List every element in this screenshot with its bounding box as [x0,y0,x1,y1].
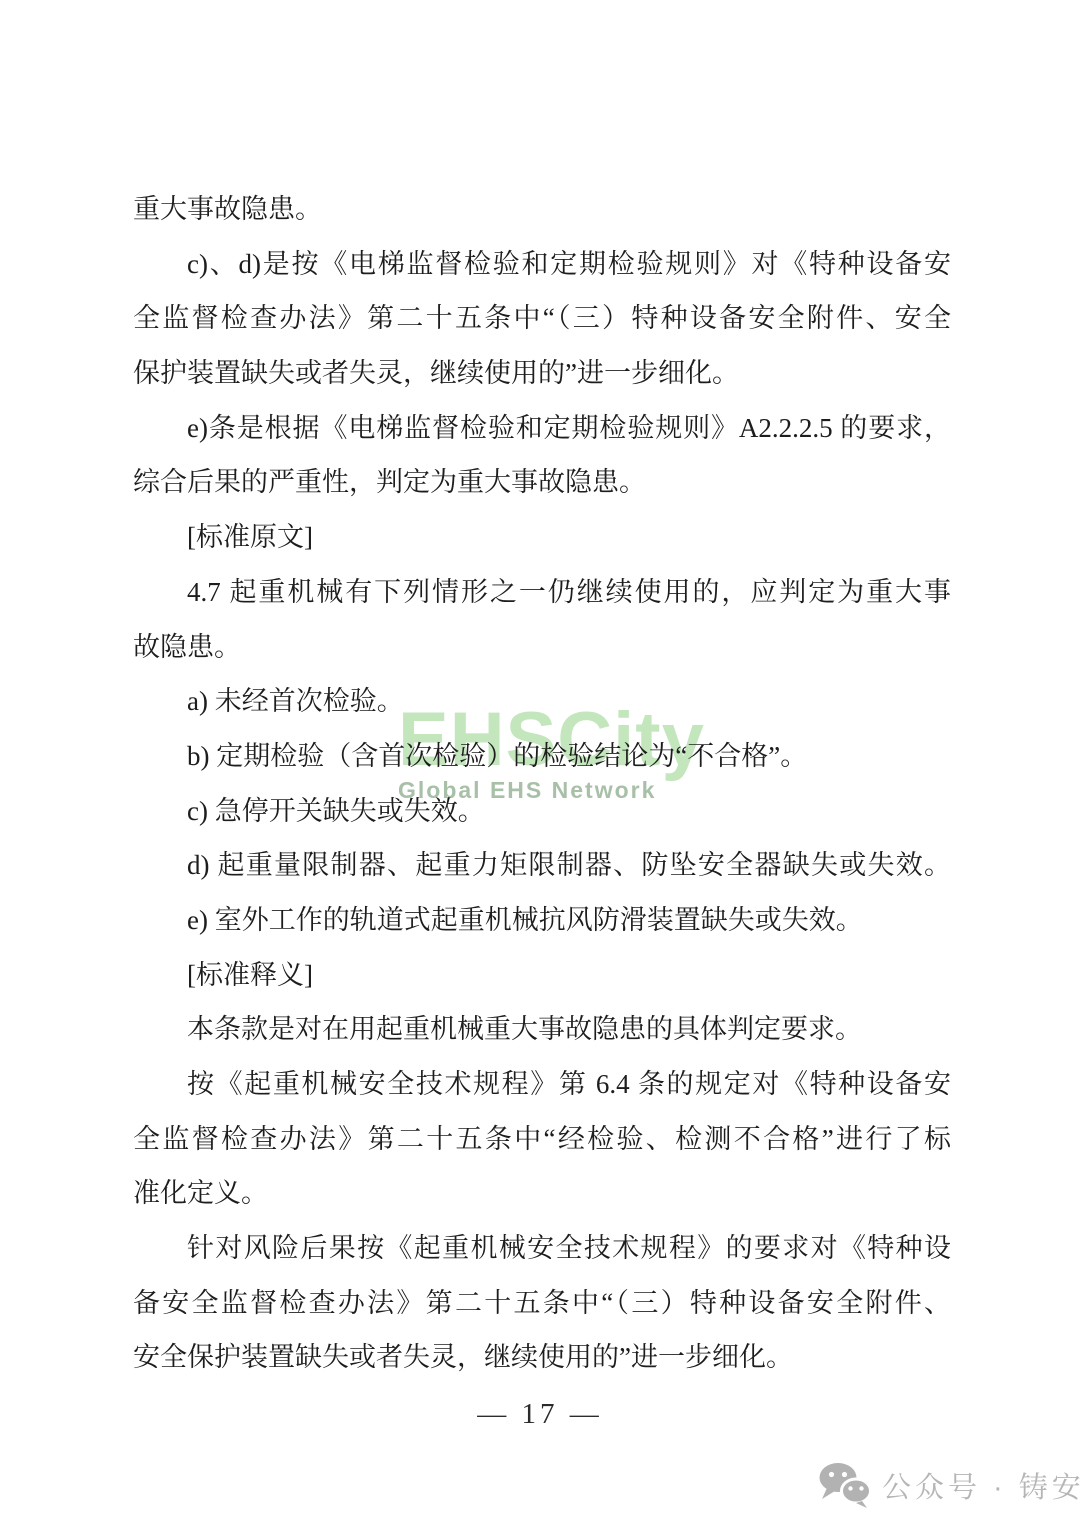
document-text: 重大事故隐患。c)、d)是按《电梯监督检验和定期检验规则》对《特种设备安全监督检… [133,182,951,1385]
text-line: b) 定期检验（含首次检验）的检验结论为“不合格”。 [133,729,951,784]
text-line: 安全保护装置缺失或者失灵，继续使用的”进一步细化。 [133,1330,951,1385]
text-line: a) 未经首次检验。 [133,674,951,729]
text-line: c) 急停开关缺失或失效。 [133,784,951,839]
text-line: 准化定义。 [133,1166,951,1221]
footer-label: 公众号 · 铸安 [882,1465,1080,1506]
text-line: 重大事故隐患。 [133,182,951,237]
text-line: 保护装置缺失或者失灵，继续使用的”进一步细化。 [133,346,951,401]
text-line: [标准原文] [133,510,951,565]
text-line: 4.7 起重机械有下列情形之一仍继续使用的，应判定为重大事 [133,565,951,620]
wechat-icon [818,1462,872,1508]
page-number: — 17 — [0,1398,1080,1431]
text-line: 综合后果的严重性，判定为重大事故隐患。 [133,455,951,510]
text-line: 针对风险后果按《起重机械安全技术规程》的要求对《特种设 [133,1221,951,1276]
text-line: [标准释义] [133,948,951,1003]
text-line: d) 起重量限制器、起重力矩限制器、防坠安全器缺失或失效。 [133,838,951,893]
footer-badge: 公众号 · 铸安 [818,1460,1080,1510]
document-page: EHSCity Global EHS Network 重大事故隐患。c)、d)是… [0,0,1080,1527]
text-line: 本条款是对在用起重机械重大事故隐患的具体判定要求。 [133,1002,951,1057]
text-line: e) 室外工作的轨道式起重机械抗风防滑装置缺失或失效。 [133,893,951,948]
text-line: e)条是根据《电梯监督检验和定期检验规则》A2.2.2.5 的要求， [133,401,951,456]
text-line: 按《起重机械安全技术规程》第 6.4 条的规定对《特种设备安 [133,1057,951,1112]
text-line: 全监督检查办法》第二十五条中“（三）特种设备安全附件、安全 [133,291,951,346]
text-line: 全监督检查办法》第二十五条中“经检验、检测不合格”进行了标 [133,1112,951,1167]
text-line: 故隐患。 [133,620,951,675]
text-line: 备安全监督检查办法》第二十五条中“（三）特种设备安全附件、 [133,1276,951,1331]
text-line: c)、d)是按《电梯监督检验和定期检验规则》对《特种设备安 [133,237,951,292]
